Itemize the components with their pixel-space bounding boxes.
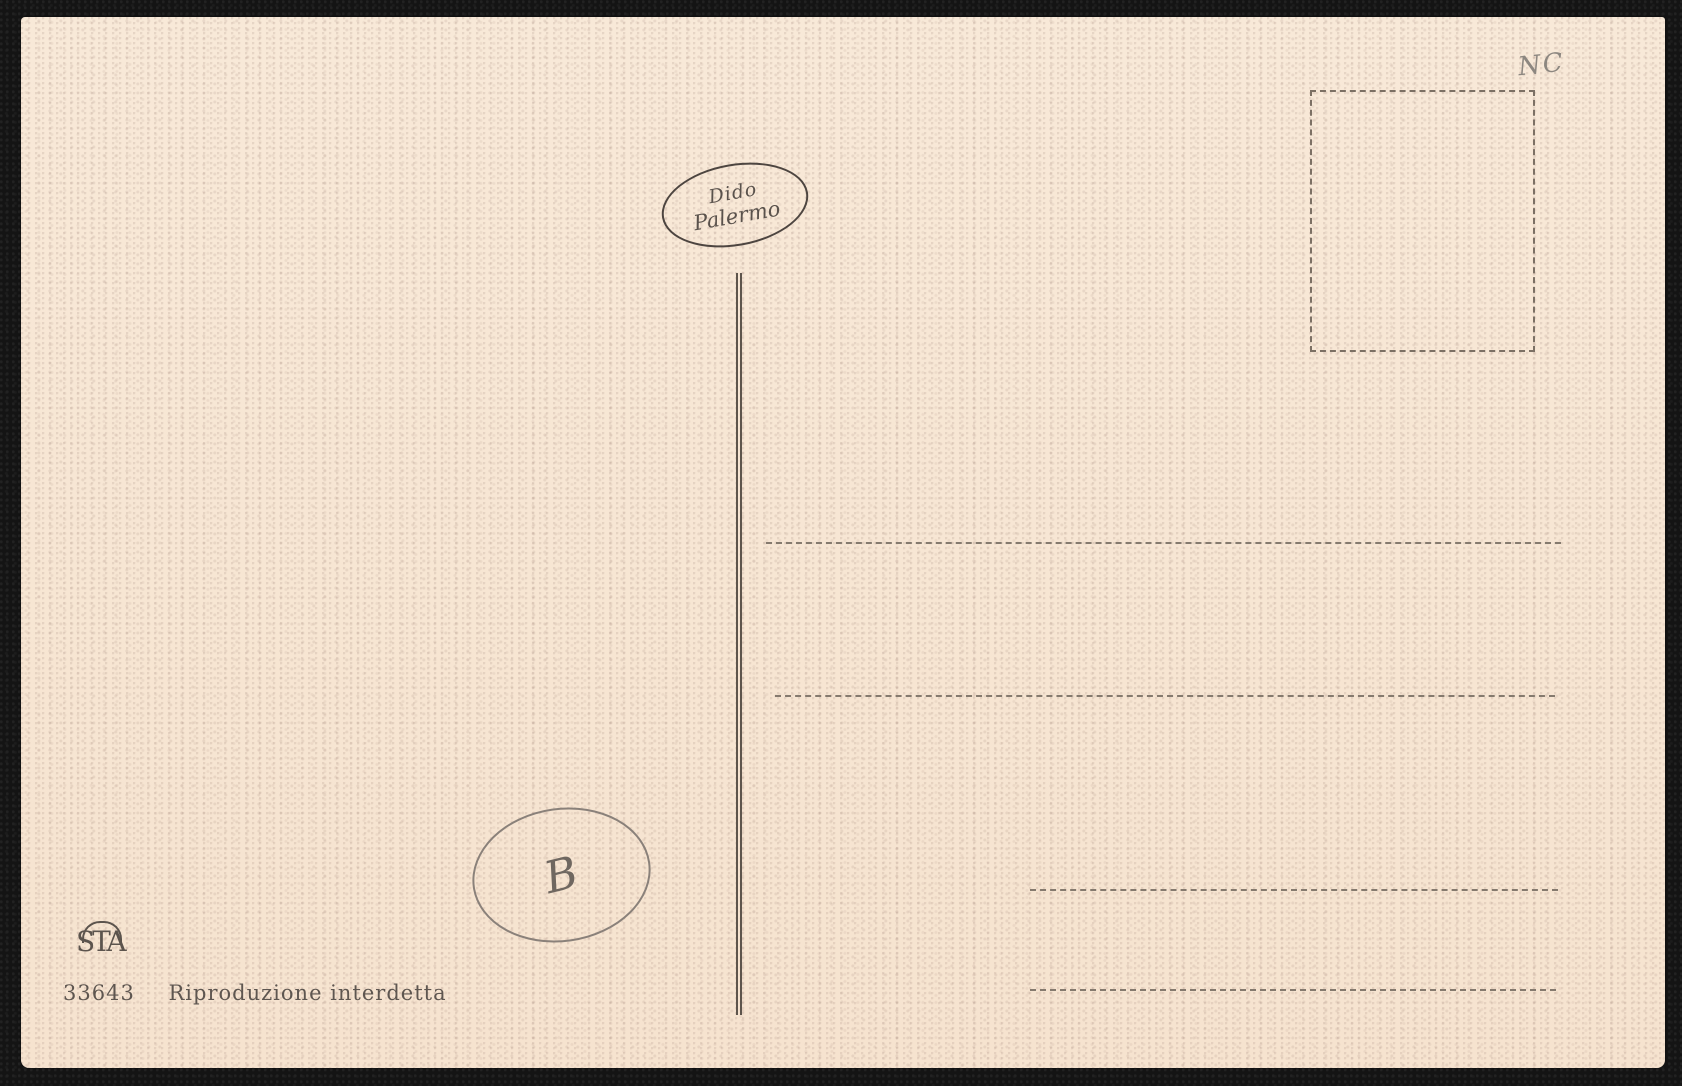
catalog-number: 33643 [63,981,135,1005]
publisher-logo-icon: STA [76,921,124,963]
center-divider-line [736,273,742,1015]
pencil-circled-mark: B [464,796,660,954]
address-line-4 [1030,989,1556,991]
pencil-notation: NC [1517,48,1567,83]
stamp-box [1310,90,1535,352]
pencil-letter: B [540,846,584,903]
publisher-imprint: 33643 Riproduzione interdetta [63,981,447,1005]
postcard-back: Dido Palermo NC B STA 33643 Riproduzione… [21,17,1665,1068]
imprint-text: Riproduzione interdetta [169,981,447,1005]
address-line-3 [1030,889,1558,891]
dealer-oval-stamp: Dido Palermo [655,152,815,258]
address-line-2 [775,695,1555,697]
address-line-1 [766,542,1561,544]
